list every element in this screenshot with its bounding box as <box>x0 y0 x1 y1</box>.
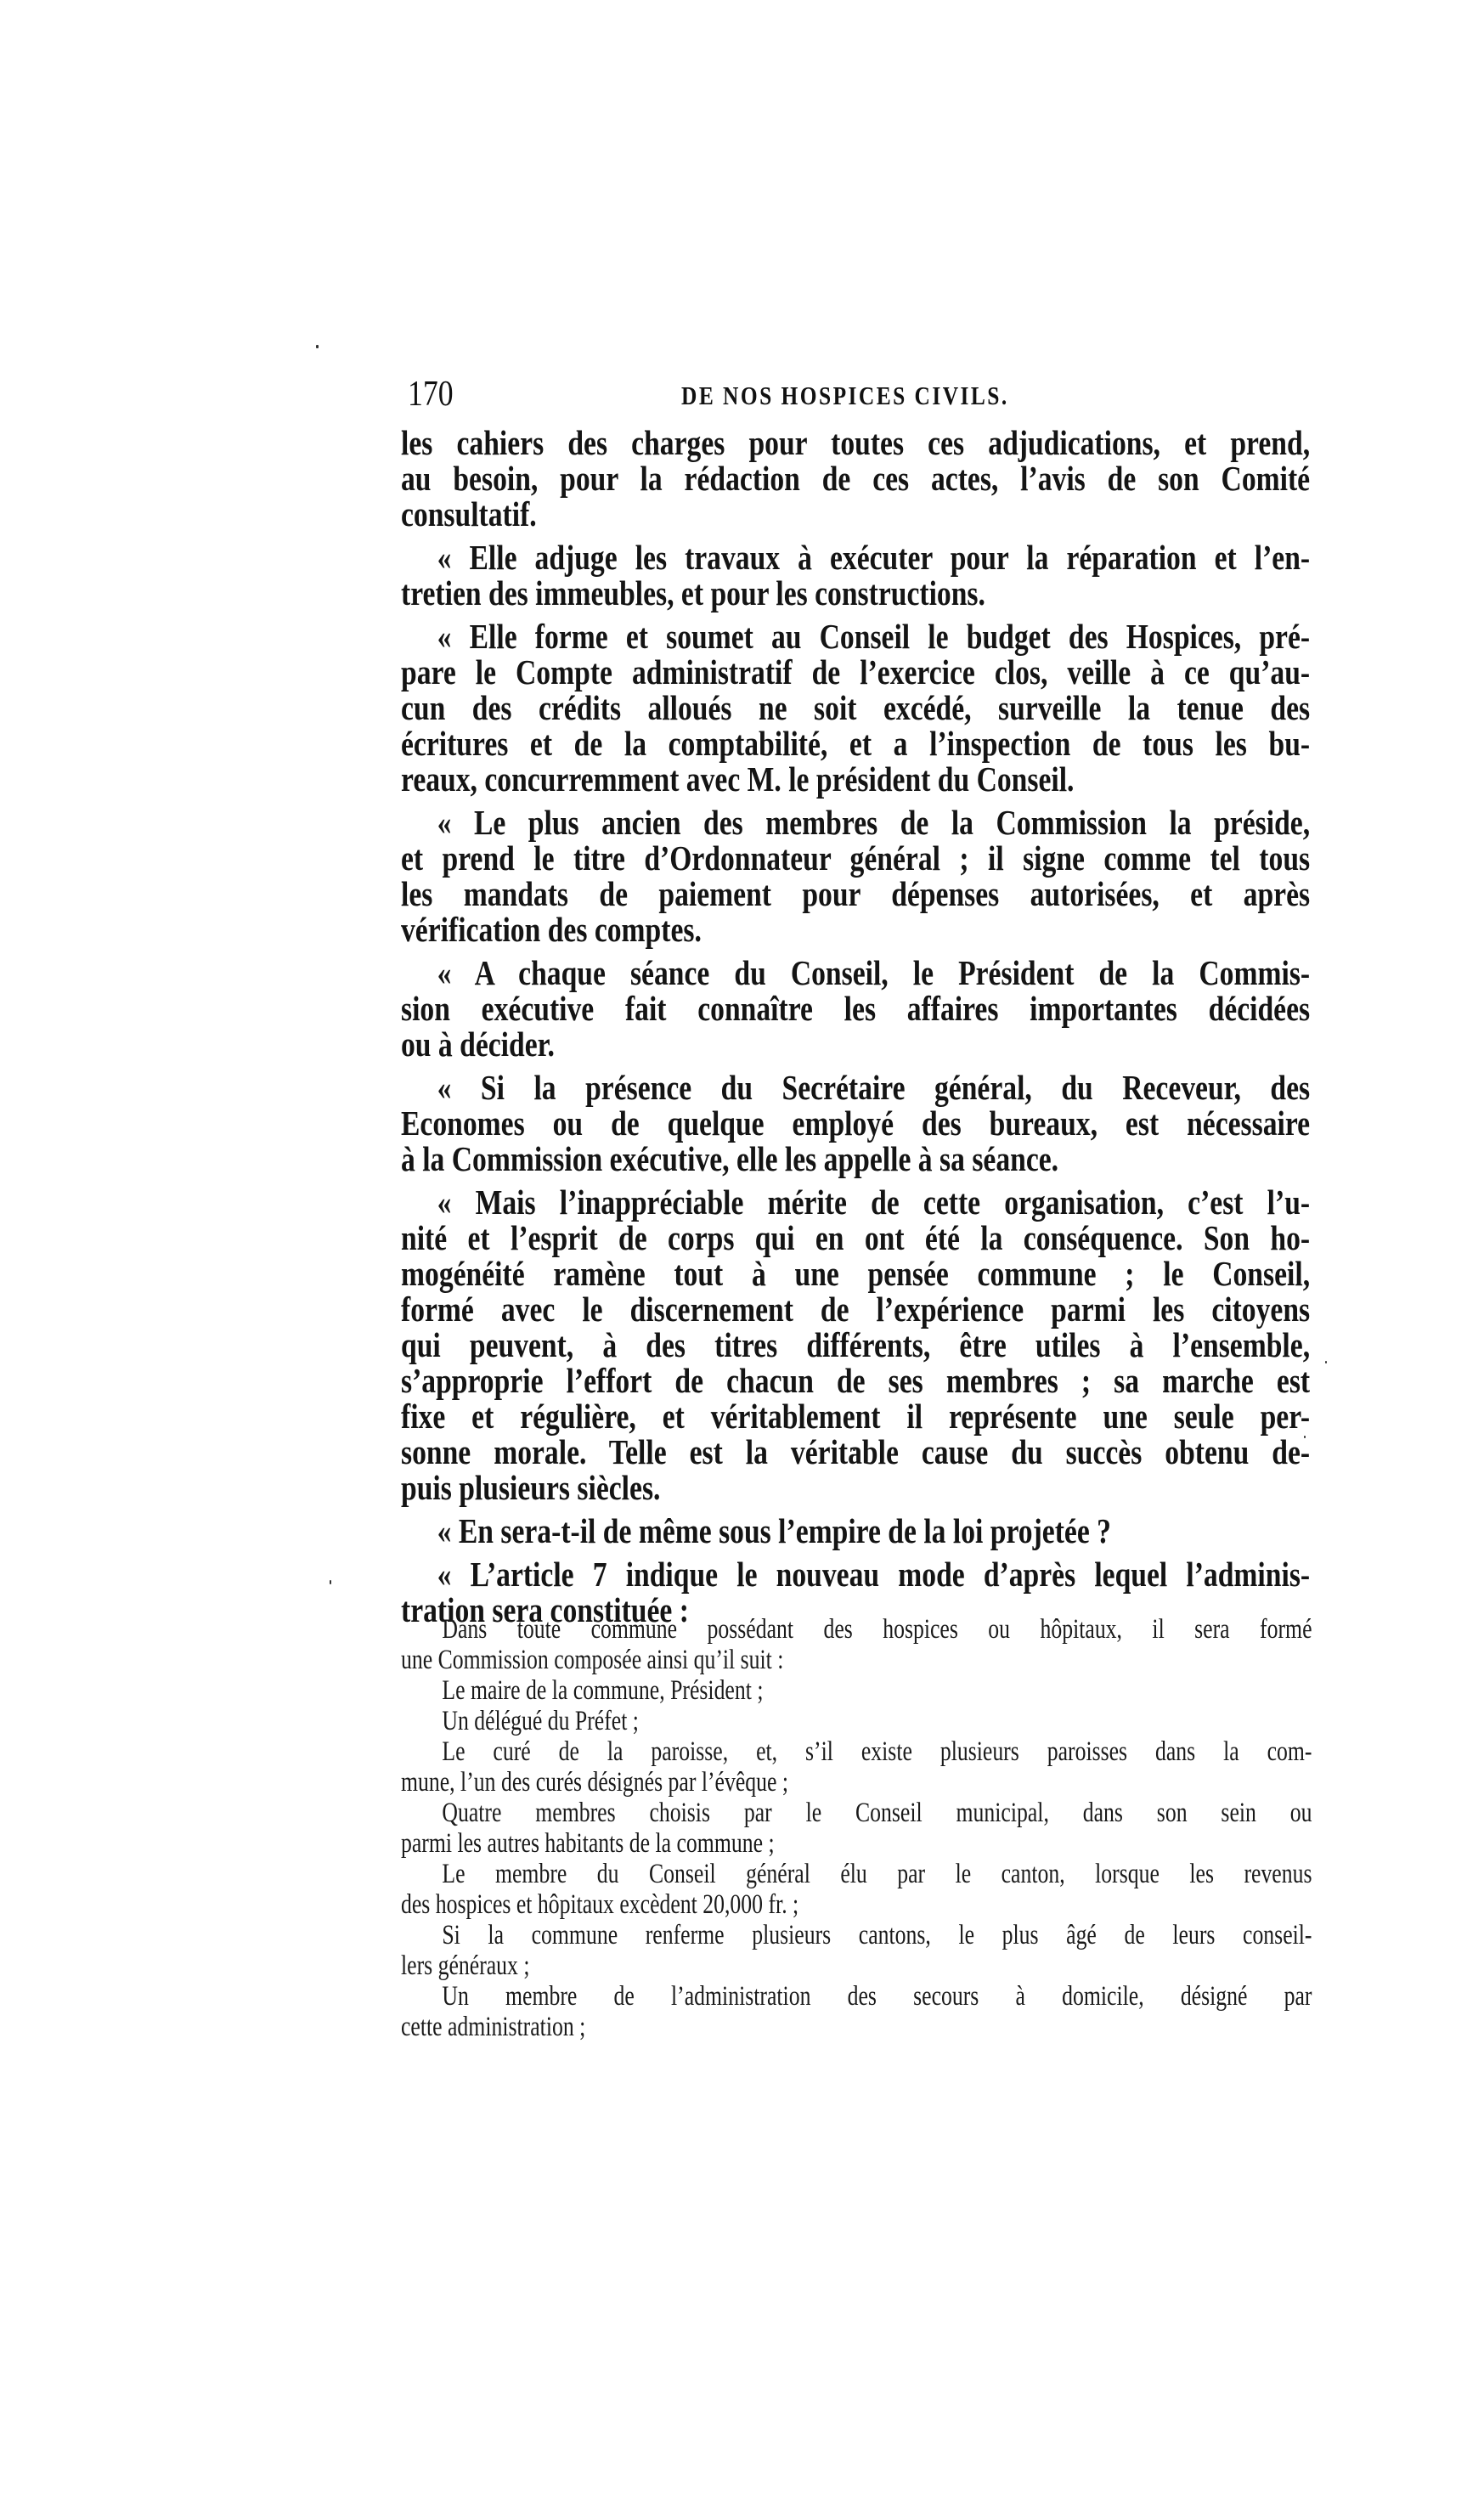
text-line: sion exécutive fait connaître les affair… <box>401 991 1310 1026</box>
article-line: mune, l’un des curés désignés par l’évêq… <box>401 1767 1312 1798</box>
text-line: vérification des comptes. <box>401 912 1310 947</box>
main-text: les cahiers des charges pour toutes ces … <box>401 425 1484 1635</box>
article-line: Un délégué du Préfet ; <box>401 1706 1312 1736</box>
text-line: qui peuvent, à des titres différents, êt… <box>401 1327 1310 1363</box>
text-line: Economes ou de quelque employé des burea… <box>401 1105 1310 1141</box>
text-line: au besoin, pour la rédaction de ces acte… <box>401 460 1310 496</box>
text-line: consultatif. <box>401 496 1310 532</box>
paragraph: « Elle forme et soumet au Conseil le bud… <box>401 618 1310 797</box>
article-line: une Commission composée ainsi qu’il suit… <box>401 1645 1312 1675</box>
text-line: formé avec le discernement de l’expérien… <box>401 1291 1310 1327</box>
text-line: mogénéité ramène tout à une pensée commu… <box>401 1256 1310 1291</box>
text-line: à la Commission exécutive, elle les appe… <box>401 1141 1310 1177</box>
text-line: reaux, concurremment avec M. le présiden… <box>401 761 1310 797</box>
article-line: Si la commune renferme plusieurs cantons… <box>401 1920 1312 1950</box>
text-line: « L’article 7 indique le nouveau mode d’… <box>401 1556 1310 1592</box>
text-line: « A chaque séance du Conseil, le Préside… <box>401 955 1310 991</box>
article-line: Quatre membres choisis par le Conseil mu… <box>401 1798 1312 1828</box>
text-line: tretien des immeubles, et pour les const… <box>401 575 1310 611</box>
paragraph: « Le plus ancien des membres de la Commi… <box>401 804 1310 947</box>
text-line: cun des crédits alloués ne soit excédé, … <box>401 690 1310 725</box>
article-line: des hospices et hôpitaux excèdent 20,000… <box>401 1889 1312 1920</box>
text-line: écritures et de la comptabilité, et a l’… <box>401 725 1310 761</box>
paragraph: « Elle adjuge les travaux à exécuter pou… <box>401 539 1310 611</box>
paragraph: « En sera-t-il de même sous l’empire de … <box>401 1513 1310 1549</box>
text-line: « Le plus ancien des membres de la Commi… <box>401 804 1310 840</box>
quoted-article-text: Dans toute commune possédant des hospice… <box>401 1614 1484 2042</box>
text-line: « Si la présence du Secrétaire général, … <box>401 1070 1310 1105</box>
text-line: puis plusieurs siècles. <box>401 1470 1310 1505</box>
text-line: pare le Compte administratif de l’exerci… <box>401 654 1310 690</box>
paragraph: « Mais l’inappréciable mérite de cette o… <box>401 1184 1310 1505</box>
running-title: DE NOS HOSPICES CIVILS. <box>681 381 1009 411</box>
paragraph-block: les cahiers des charges pour toutes ces … <box>401 425 1306 1628</box>
text-line: les mandats de paiement pour dépenses au… <box>401 876 1310 912</box>
scan-speck <box>853 1448 855 1451</box>
paragraph: « Si la présence du Secrétaire général, … <box>401 1070 1310 1177</box>
article-line: Le membre du Conseil général élu par le … <box>401 1859 1312 1889</box>
article-line: Le curé de la paroisse, et, s’il existe … <box>401 1736 1312 1767</box>
text-line: ou à décider. <box>401 1026 1310 1062</box>
text-line: s’approprie l’effort de chacun de ses me… <box>401 1363 1310 1398</box>
article-line: cette administration ; <box>401 2012 1312 2042</box>
paragraph: les cahiers des charges pour toutes ces … <box>401 425 1310 532</box>
page-header: 170 DE NOS HOSPICES CIVILS. <box>401 374 1312 416</box>
quoted-article-block: Dans toute commune possédant des hospice… <box>401 1614 1262 2042</box>
text-line: « Mais l’inappréciable mérite de cette o… <box>401 1184 1310 1220</box>
paragraph: « A chaque séance du Conseil, le Préside… <box>401 955 1310 1062</box>
article-line: Dans toute commune possédant des hospice… <box>401 1614 1312 1645</box>
scan-speck <box>316 345 319 348</box>
text-line: les cahiers des charges pour toutes ces … <box>401 425 1310 460</box>
scan-speck <box>1304 1436 1306 1438</box>
article-line: parmi les autres habitants de la commune… <box>401 1828 1312 1859</box>
article-line: Le maire de la commune, Président ; <box>401 1675 1312 1706</box>
text-line: « En sera-t-il de même sous l’empire de … <box>401 1513 1310 1549</box>
text-line: fixe et régulière, et véritablement il r… <box>401 1398 1310 1434</box>
scan-speck <box>330 1580 331 1584</box>
book-page: 170 DE NOS HOSPICES CIVILS. les cahiers … <box>0 0 1484 2512</box>
text-line: « Elle adjuge les travaux à exécuter pou… <box>401 539 1310 575</box>
article-line: Un membre de l’administration des secour… <box>401 1981 1312 2012</box>
text-line: « Elle forme et soumet au Conseil le bud… <box>401 618 1310 654</box>
text-line: nité et l’esprit de corps qui en ont été… <box>401 1220 1310 1256</box>
text-line: sonne morale. Telle est la véritable cau… <box>401 1434 1310 1470</box>
page-number: 170 <box>408 374 454 415</box>
scan-speck <box>1325 1361 1327 1363</box>
article-line: lers généraux ; <box>401 1950 1312 1981</box>
text-line: et prend le titre d’Ordonnateur général … <box>401 840 1310 876</box>
